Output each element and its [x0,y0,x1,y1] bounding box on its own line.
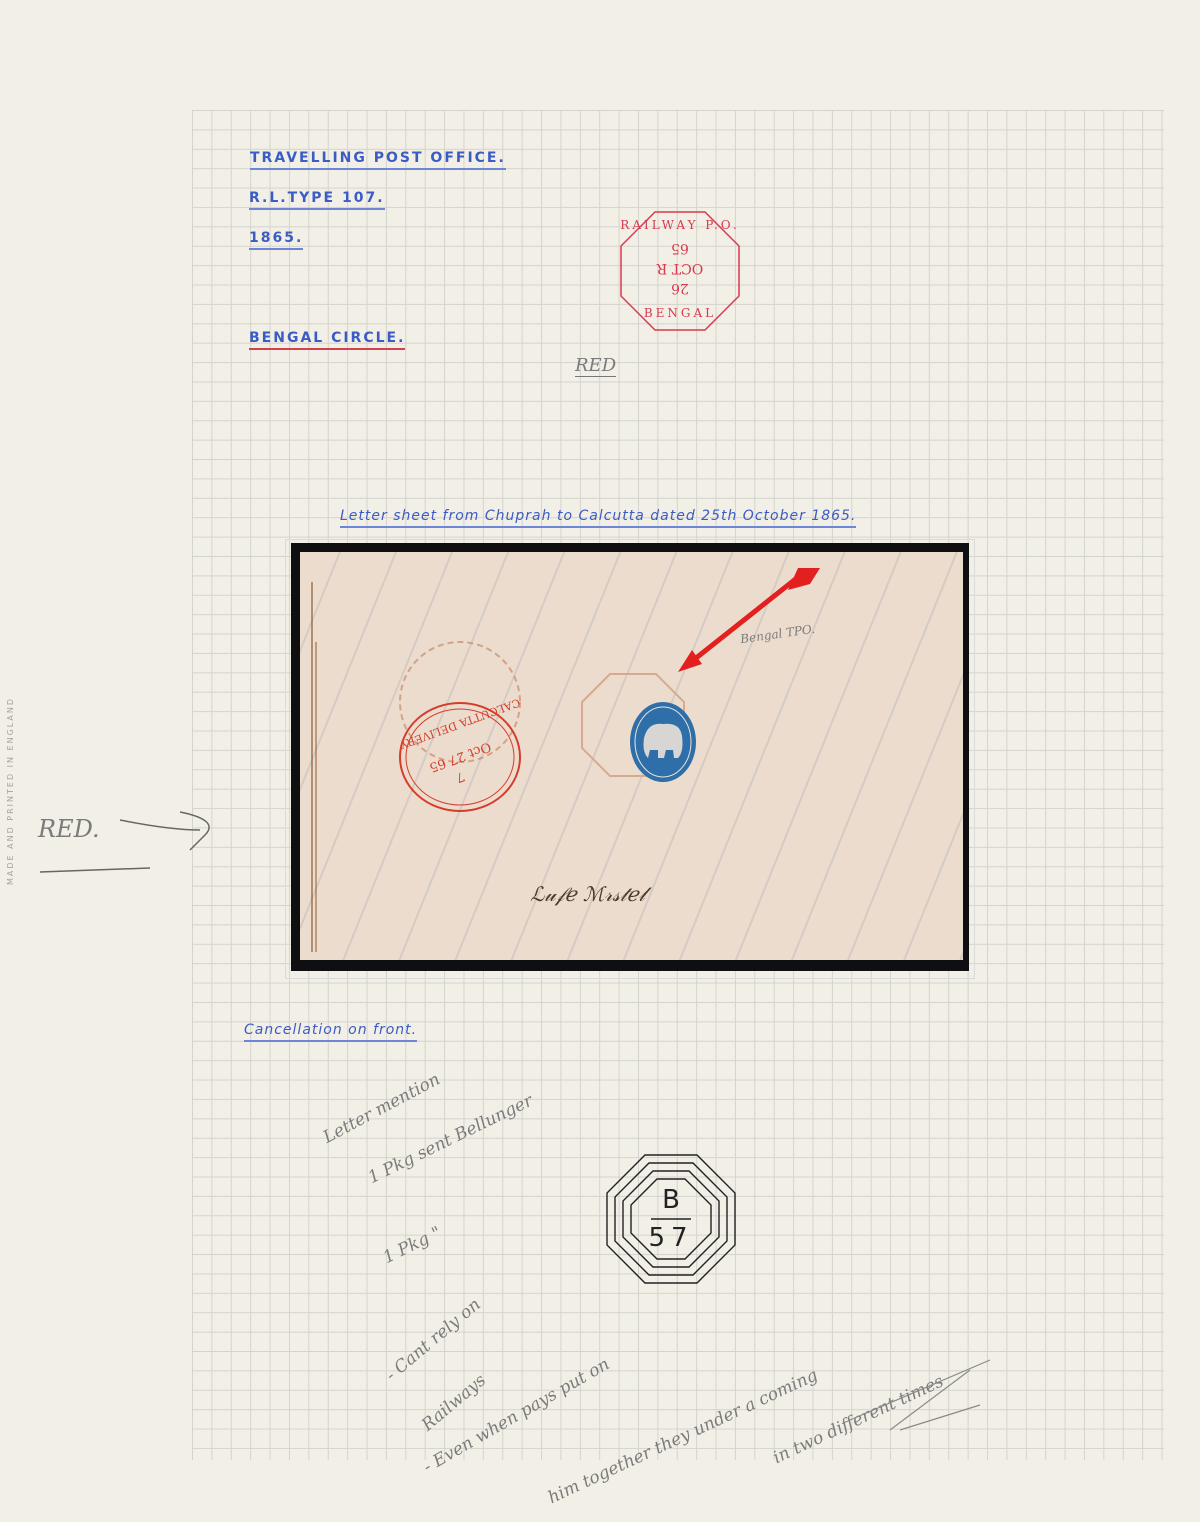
paper-imprint: MADE AND PRINTED IN ENGLAND [6,685,15,885]
heading-title: TRAVELLING POST OFFICE. [250,150,506,170]
cancellation-letter: B [605,1185,737,1215]
pencil-arrow-icon [30,800,230,880]
postmark-date-1: 65 [617,240,743,256]
postmark-date-2: OCT R [617,260,743,276]
elephant-seal-icon [628,700,698,784]
pencil-tick-mark [840,1340,1000,1440]
postmark-date-3: 26 [617,280,743,296]
cancellation-caption: Cancellation on front. [244,1022,417,1042]
margin-lines [308,582,320,952]
calcutta-delivery-stamp: CALCUTTA DELIVERY Oct 27 65 7 [395,697,525,817]
heading-circle: BENGAL CIRCLE. [249,330,405,350]
heading-type: R.L.TYPE 107. [249,190,385,210]
postmark-bottom-text: BENGAL [617,306,743,320]
cancellation-number: 57 [605,1223,737,1253]
b57-cancellation-drawing: B 57 [605,1153,737,1285]
letter-sheet-cover: CALCUTTA DELIVERY Oct 27 65 7 Bengal TPO… [300,552,963,960]
cover-caption: Letter sheet from Chuprah to Calcutta da… [340,508,856,528]
postmark-top-text: RAILWAY P.O. [617,218,743,232]
pencil-note-red-top: RED [575,355,616,377]
signature: ℒ𝓊𝒻ℯ ℳ𝓇𝓈𝓉ℯ𝓁 [530,882,645,906]
heading-year: 1865. [249,230,303,250]
railway-po-postmark: RAILWAY P.O. 65 OCT R 26 BENGAL [617,208,743,334]
